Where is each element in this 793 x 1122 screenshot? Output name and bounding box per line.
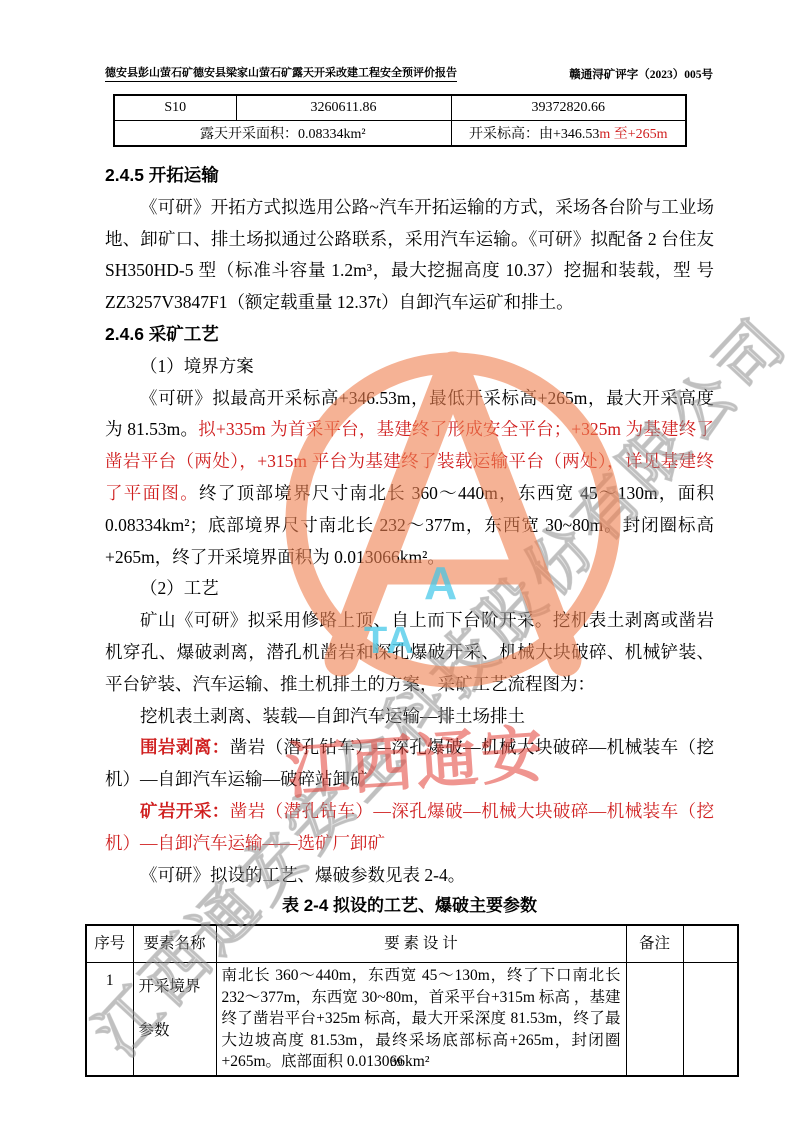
page-header: 德安县彭山萤石矿德安县梁家山萤石矿露天开采改建工程安全预评价报告 赣通浔矿评字（…: [105, 66, 713, 82]
col-header-element-name: 要素名称: [133, 925, 216, 962]
col-header-element-design: 要 素 设 计: [216, 925, 626, 962]
document-body: 2.4.5 开拓运输 《可研》开拓方式拟选用公路~汽车开拓运输的方式，采场各台阶…: [105, 160, 714, 1077]
coordinates-row: S10 3260611.86 39372820.66: [114, 95, 686, 121]
x-coordinate-cell: 3260611.86: [236, 95, 451, 121]
flow-stripping-line: 挖机表土剥离、装载—自卸汽车运输—排土场排土: [105, 701, 714, 733]
mining-area-cell: 露天开采面积：0.08334km²: [114, 121, 451, 147]
y-coordinate-cell: 39372820.66: [451, 95, 686, 121]
table-2-4-header-row: 序号 要素名称 要 素 设 计 备注: [86, 925, 738, 962]
col-header-remarks: 备注: [626, 925, 683, 962]
flow-waste-rock-label: 围岩剥离：: [140, 737, 230, 757]
document-page: 德安县彭山萤石矿德安县梁家山萤石矿露天开采改建工程安全预评价报告 赣通浔矿评字（…: [0, 0, 793, 1122]
paragraph-transport: 《可研》开拓方式拟选用公路~汽车开拓运输的方式，采场各台阶与工业场地、卸矿口、排…: [105, 192, 714, 319]
table-24-caption: 表 2-4 拟设的工艺、爆破主要参数: [105, 893, 714, 919]
item-boundary-heading: （1）境界方案: [105, 351, 714, 383]
page-number: 39: [0, 1055, 793, 1070]
flow-waste-rock-line: 围岩剥离：凿岩（潜孔钻车）—深孔爆破—机械大块破碎—机械装车（挖机）—自卸汽车运…: [105, 732, 714, 796]
flow-ore-mining-line: 矿岩开采：凿岩（潜孔钻车）—深孔爆破—机械大块破碎—机械装车（挖机）—自卸汽车运…: [105, 796, 714, 860]
col-header-extra: [683, 925, 738, 962]
section-246-heading: 2.4.6 采矿工艺: [105, 319, 714, 351]
table-reference-line: 《可研》拟设的工艺、爆破参数见表 2-4。: [105, 860, 714, 892]
paragraph-process: 矿山《可研》拟采用修路上顶、自上而下台阶开采。挖机表土剥离或凿岩机穿孔、爆破剥离…: [105, 605, 714, 700]
section-245-heading: 2.4.5 开拓运输: [105, 160, 714, 192]
header-report-title: 德安县彭山萤石矿德安县梁家山萤石矿露天开采改建工程安全预评价报告: [105, 66, 457, 82]
col-header-index: 序号: [86, 925, 133, 962]
coordinates-table: S10 3260611.86 39372820.66 露天开采面积：0.0833…: [113, 94, 687, 147]
point-id-cell: S10: [114, 95, 236, 121]
elevation-cell: 开采标高：由+346.53m 至+265m: [451, 121, 686, 147]
elevation-text-red: m 至+265m: [599, 127, 667, 142]
elevation-text-black: 开采标高：由+346.53: [469, 127, 599, 142]
paragraph-boundary: 《可研》拟最高开采标高+346.53m，最低开采标高+265m，最大开采高度为 …: [105, 383, 714, 574]
summary-row: 露天开采面积：0.08334km² 开采标高：由+346.53m 至+265m: [114, 121, 686, 147]
item-process-heading: （2）工艺: [105, 573, 714, 605]
header-doc-number: 赣通浔矿评字（2023）005号: [569, 68, 713, 82]
table-2-4: 序号 要素名称 要 素 设 计 备注 1 开采境界参数 南北长 360～440m…: [85, 924, 739, 1076]
flow-ore-mining-label: 矿岩开采：: [140, 801, 230, 821]
